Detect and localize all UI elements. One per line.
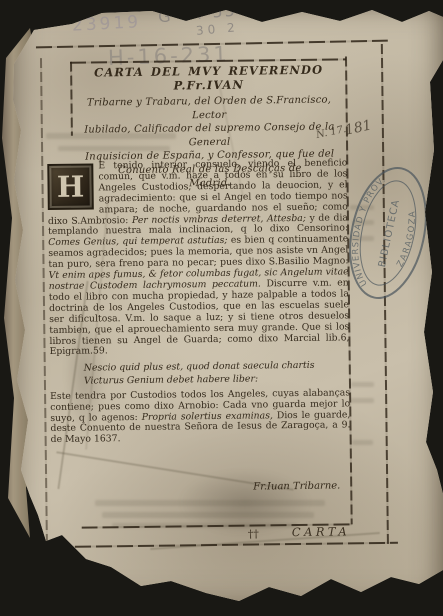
letter-body: H E tenido interior consuelo, viendo el … — [47, 158, 350, 446]
catchword: CARTA — [292, 524, 351, 539]
frame-rule-bottom — [54, 542, 398, 548]
document-page: 23919 G-94-55 30 2 H-16-231 181 N. 17. C… — [0, 0, 443, 616]
heading-line: Iubilado, Calificador del supremo Consej… — [73, 121, 346, 152]
printed-text-area: CARTA DEL MVY REVERENDO P.Fr.IVAN Tribar… — [0, 0, 443, 616]
scan-backdrop: 23919 G-94-55 30 2 H-16-231 181 N. 17. C… — [0, 0, 443, 616]
heading-line: CARTA DEL MVY REVERENDO P.Fr.IVAN — [72, 62, 345, 93]
frame-rule-left — [40, 58, 48, 546]
heading-line: Tribarne y Trabaru, del Orden de S.Franc… — [72, 93, 345, 124]
closing-paragraph: Este tendra por Custodios todos los Ange… — [50, 388, 351, 446]
latin-verse: Nescio quid plus est, quod donat saecula… — [84, 360, 350, 388]
signature: Fr.Iuan Tribarne. — [253, 480, 383, 493]
press-mark: †† — [248, 527, 259, 540]
stamp-center-text: BIBLIOTECA — [377, 198, 402, 268]
verse-line: Victurus Genium debet habere liber: — [84, 372, 350, 387]
frame-rule-top — [36, 40, 388, 49]
woodcut-initial: H — [47, 163, 94, 210]
